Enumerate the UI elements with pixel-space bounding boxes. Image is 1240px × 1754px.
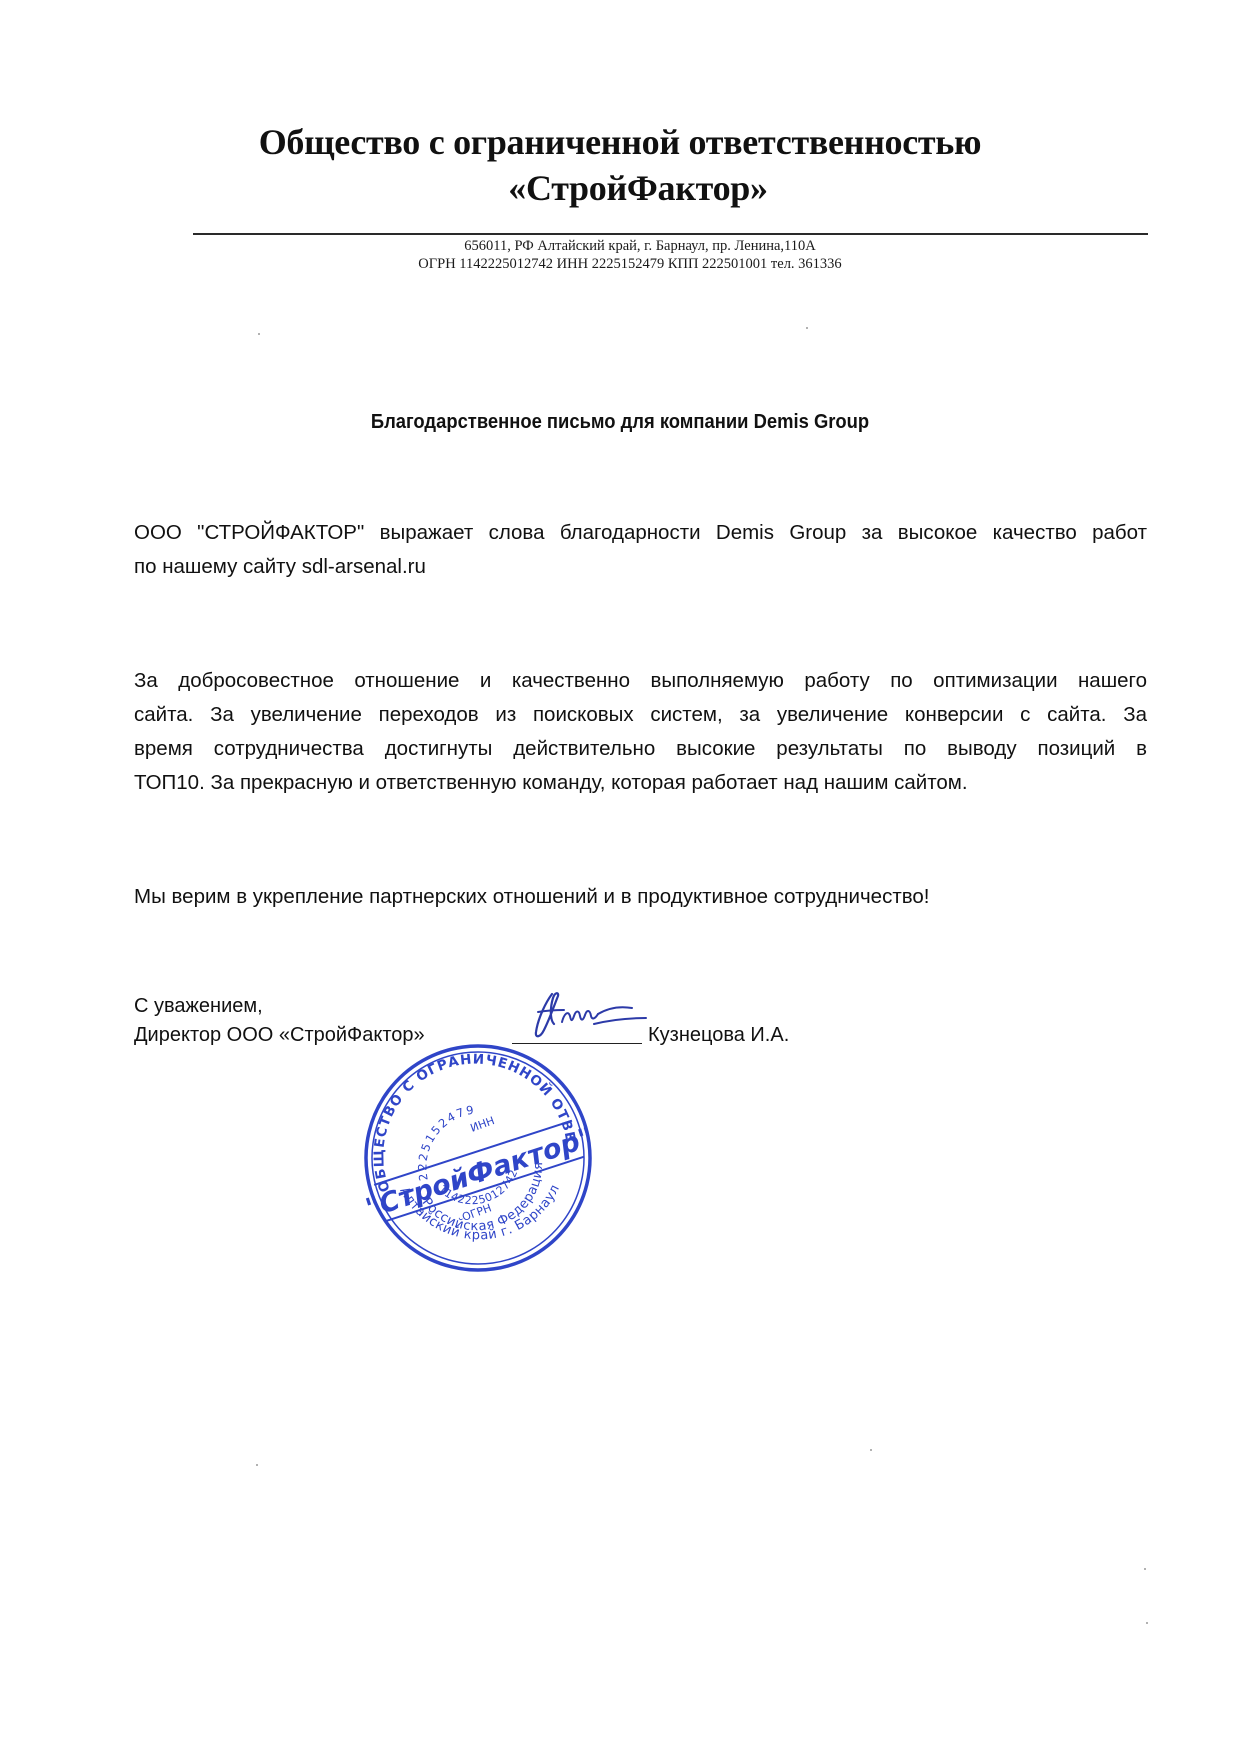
paragraph-line: сайта. За увеличение переходов из поиско…: [134, 698, 1147, 732]
scan-speck: [256, 1464, 258, 1466]
scan-speck: [258, 333, 260, 335]
letterhead-divider: [193, 233, 1148, 235]
scan-speck: [1144, 1568, 1146, 1570]
company-seal-icon: ОБЩЕСТВО С ОГРАНИЧЕННОЙ ОТВЕТСТВЕННОСТЬЮ…: [360, 1040, 596, 1276]
paragraph-line: ТОП10. За прекрасную и ответственную ком…: [134, 766, 1147, 800]
paragraph-line: За добросовестное отношение и качественн…: [134, 664, 1147, 698]
signer-name: Кузнецова И.А.: [648, 1021, 789, 1050]
org-registration: ОГРН 1142225012742 ИНН 2225152479 КПП 22…: [10, 255, 1240, 273]
letter-page: Общество с ограниченной ответственностью…: [0, 0, 1240, 1754]
org-address: 656011, РФ Алтайский край, г. Барнаул, п…: [20, 237, 1240, 255]
handwritten-signature-icon: [528, 988, 658, 1048]
org-name-line1: Общество с ограниченной ответственностью: [0, 120, 1240, 164]
stamp-inn-label: ИНН: [469, 1114, 497, 1135]
paragraph-line: ООО "СТРОЙФАКТОР" выражает слова благода…: [134, 516, 1147, 550]
letter-heading: Благодарственное письмо для компании Dem…: [50, 409, 1191, 435]
org-name-line2: «СтройФактор»: [18, 166, 1240, 210]
paragraph-line: по нашему сайту sdl-arsenal.ru: [134, 550, 1147, 584]
paragraph-gratitude: ООО "СТРОЙФАКТОР" выражает слова благода…: [134, 516, 1147, 584]
closing-regards: С уважением,: [134, 992, 263, 1021]
scan-speck: [806, 327, 808, 329]
scan-speck: [1146, 1622, 1148, 1624]
paragraph-partnership: Мы верим в укрепление партнерских отноше…: [134, 880, 1147, 914]
paragraph-line: Мы верим в укрепление партнерских отноше…: [134, 880, 1147, 914]
paragraph-line: время сотрудничества достигнуты действит…: [134, 732, 1147, 766]
scan-speck: [870, 1449, 872, 1451]
paragraph-details: За добросовестное отношение и качественн…: [134, 664, 1147, 800]
